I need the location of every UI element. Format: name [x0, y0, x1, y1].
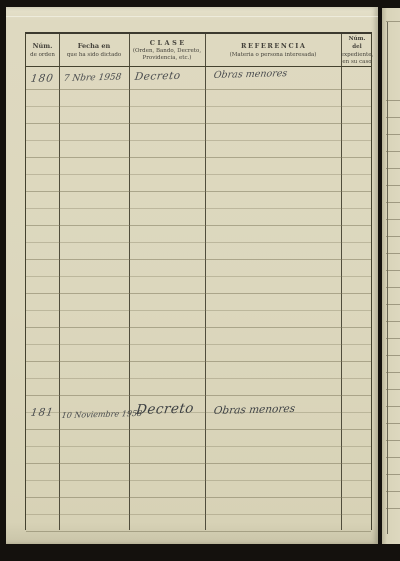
- header-title: Fecha en: [78, 43, 110, 51]
- table-row: [26, 447, 371, 464]
- table-row: [26, 260, 371, 277]
- table-row: [26, 277, 371, 294]
- table-row: [26, 124, 371, 141]
- table-row: [26, 175, 371, 192]
- header-sub: (Materia o persona interesada): [230, 52, 317, 59]
- table-row: [26, 209, 371, 226]
- table-row: [26, 192, 371, 209]
- table-row: [26, 226, 371, 243]
- header-title: Núm. del: [343, 36, 371, 51]
- entry-referencia: Obras menores: [213, 68, 288, 81]
- header-num-orden: Núm. de orden: [26, 34, 59, 67]
- table-row: [26, 464, 371, 481]
- adjacent-page-rule: [386, 151, 400, 152]
- adjacent-page-rule: [386, 270, 400, 271]
- ledger-page: Núm. de orden Fecha en que ha sido dicta…: [6, 7, 378, 544]
- header-fecha: Fecha en que ha sido dictado: [59, 34, 129, 67]
- table-row: [26, 294, 371, 311]
- adjacent-page-rule: [386, 287, 400, 288]
- adjacent-page-rule: [386, 389, 400, 390]
- adjacent-page-rule: [386, 321, 400, 322]
- adjacent-page-rule: [386, 355, 400, 356]
- adjacent-page-rule: [386, 185, 400, 186]
- header-title: CLASE: [147, 40, 186, 48]
- table-row: [26, 141, 371, 158]
- table-rows: [26, 67, 371, 532]
- header-referencia: REFERENCIA (Materia o persona interesada…: [205, 34, 341, 67]
- table-header: Núm. de orden Fecha en que ha sido dicta…: [26, 34, 371, 67]
- adjacent-page-rule: [386, 406, 400, 407]
- adjacent-page-rule: [386, 236, 400, 237]
- header-title: Núm.: [33, 43, 53, 51]
- adjacent-page-rule: [386, 338, 400, 339]
- entry-fecha: 7 Nbre 1958: [63, 72, 122, 84]
- table-row: [26, 430, 371, 447]
- table-row: [26, 158, 371, 175]
- adjacent-page-rule: [386, 372, 400, 373]
- header-title: REFERENCIA: [239, 43, 306, 51]
- header-sub: que ha sido dictado: [67, 52, 121, 59]
- header-num-expediente: Núm. del expediente, en su caso: [341, 34, 373, 67]
- adjacent-page-rule: [386, 423, 400, 424]
- adjacent-page-rule: [386, 508, 400, 509]
- entry-clase: Decreto: [135, 400, 195, 418]
- registry-table: Núm. de orden Fecha en que ha sido dicta…: [25, 32, 372, 530]
- table-row: [26, 515, 371, 532]
- adjacent-page-rule: [386, 168, 400, 169]
- adjacent-page-rule: [386, 219, 400, 220]
- table-row: [26, 311, 371, 328]
- adjacent-page-rule: [386, 304, 400, 305]
- header-sub: expediente, en su caso: [341, 52, 373, 65]
- entry-num: 180: [30, 72, 55, 85]
- adjacent-page-rule: [386, 134, 400, 135]
- table-row: [26, 107, 371, 124]
- table-row: [26, 345, 371, 362]
- table-row: [26, 90, 371, 107]
- adjacent-page-rule: [386, 457, 400, 458]
- entry-num: 181: [30, 406, 55, 419]
- entry-clase: Decreto: [134, 70, 181, 83]
- adjacent-page-edge: [382, 8, 400, 544]
- adjacent-page-rule: [386, 117, 400, 118]
- adjacent-page-rule: [386, 21, 400, 22]
- header-clase: CLASE (Orden, Bando, Decreto, Providenci…: [129, 34, 205, 67]
- table-row: [26, 498, 371, 515]
- adjacent-page-rule: [386, 491, 400, 492]
- adjacent-page-rule: [386, 100, 400, 101]
- header-sub: de orden: [30, 52, 55, 59]
- entry-referencia: Obras menores: [213, 403, 296, 417]
- adjacent-page-rule: [386, 440, 400, 441]
- table-row: [26, 243, 371, 260]
- table-row: [26, 379, 371, 396]
- header-sub: (Orden, Bando, Decreto, Providencia, etc…: [131, 48, 203, 61]
- adjacent-page-rule: [386, 474, 400, 475]
- table-row: [26, 481, 371, 498]
- adjacent-page-rule: [386, 253, 400, 254]
- adjacent-page-rule: [386, 202, 400, 203]
- table-row: [26, 328, 371, 345]
- table-row: [26, 362, 371, 379]
